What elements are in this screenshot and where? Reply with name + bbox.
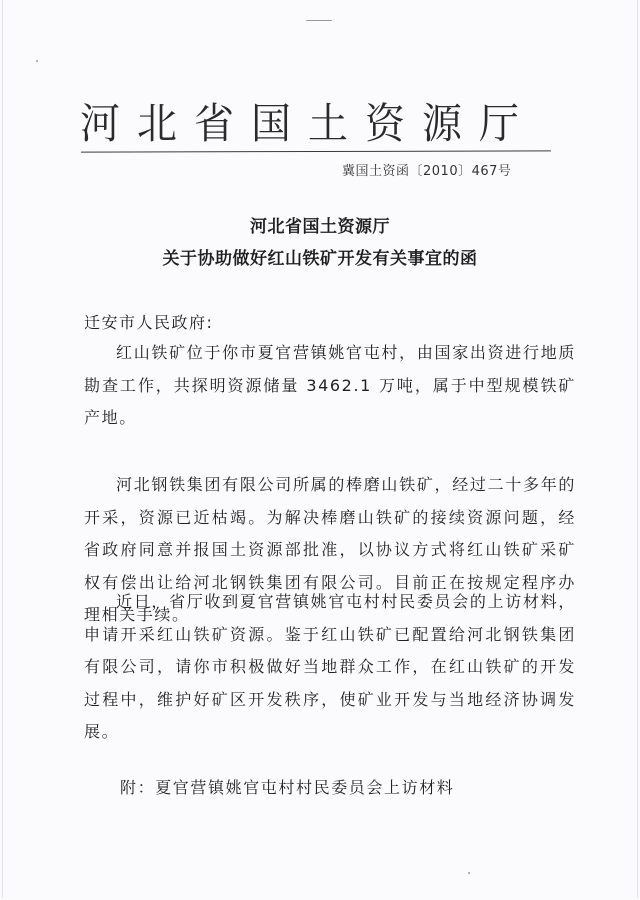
letterhead-organization: 河北省国土资源厅 [80,91,540,151]
addressee: 迁安市人民政府: [84,310,213,333]
scan-speck [468,872,470,874]
scan-speck [36,60,38,62]
document-number: 冀国土资函〔2010〕467号 [342,160,511,179]
title-subject: 关于协助做好红山铁矿开发有关事宜的函 [0,244,640,269]
paragraph-3: 近日，省厅收到夏官营镇姚官屯村村民委员会的上访材料，申请开采红山铁矿资源。鉴于红… [84,586,576,749]
attachment-note: 附：夏官营镇姚官屯村村民委员会上访材料 [120,775,454,798]
scan-mark [306,20,332,21]
title-issuer: 河北省国土资源厅 [0,212,640,237]
paragraph-1: 红山铁矿位于你市夏官营镇姚官屯村，由国家出资进行地质勘查工作，共探明资源储量 3… [84,337,576,435]
